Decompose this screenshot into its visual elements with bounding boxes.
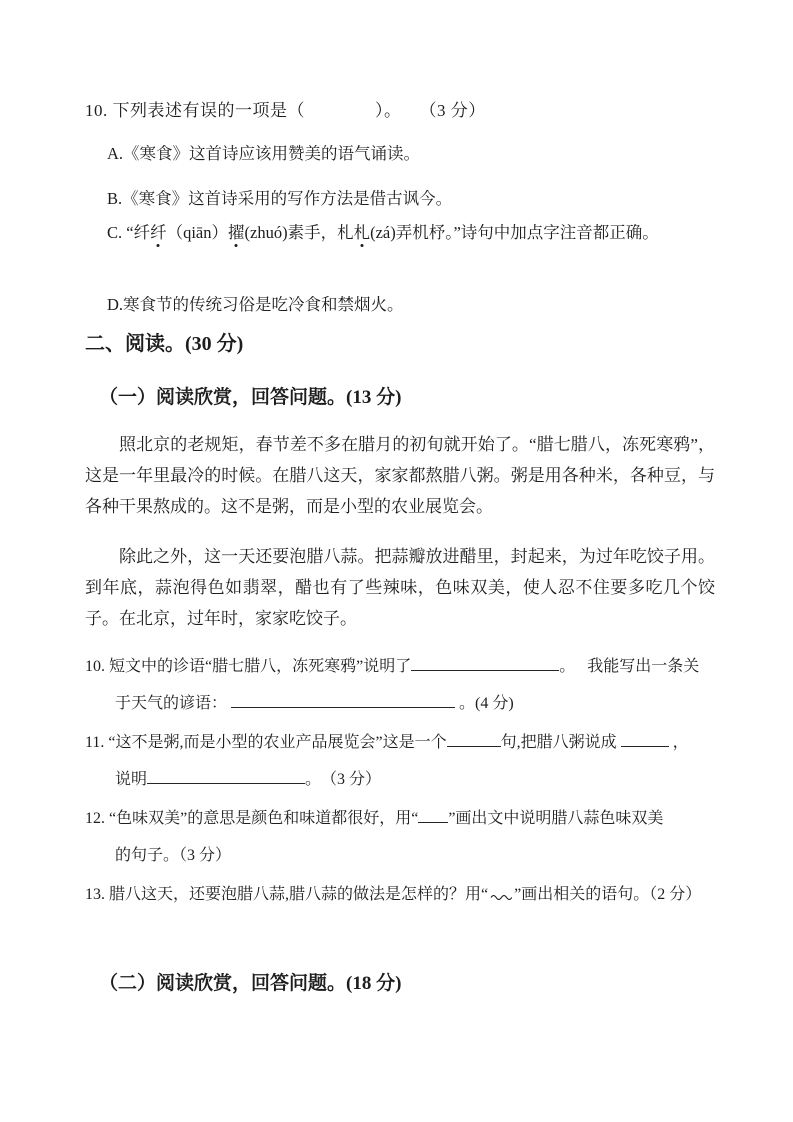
text-segment: (zhuó)素手，札 <box>245 223 354 242</box>
text-segment: (zá)弄机杼。”诗句中加点字注音都正确。 <box>370 223 659 242</box>
option-a: A.《寒食》这首诗应该用赞美的语气诵读。 <box>107 141 715 167</box>
answer-blank <box>418 807 448 823</box>
emphasis-dotted-char: 擢 <box>228 223 245 242</box>
reading-question-10: 10. 短文中的诊语“腊七腊八，冻死寒鸦”说明了。 我能写出一条关于天气的谚语：… <box>85 648 715 722</box>
option-b: B.《寒食》这首诗采用的写作方法是借古讽今。 <box>107 186 715 212</box>
answer-blank <box>147 768 305 784</box>
text-segment: 句,把腊八粥说成 <box>501 734 621 751</box>
text-segment: ， <box>669 734 689 751</box>
part-two-heading: （二）阅读欣赏，回答问题。(18 分) <box>85 970 715 997</box>
option-d: D.寒食节的传统习俗是吃冷食和禁烟火。 <box>107 292 715 318</box>
section-two-heading: 二、阅读。(30 分) <box>85 330 715 358</box>
part-one-heading: （一）阅读欣赏，回答问题。(13 分) <box>85 384 715 411</box>
reading-question-12: 12. “色味双美”的意思是颜色和味道都很好，用“”画出文中说明腊八蒜色味双美的… <box>85 800 715 874</box>
text-segment: （qiān） <box>167 223 228 242</box>
reading-question-13: 13. 腊八这天，还要泡腊八蒜,腊八蒜的做法是怎样的？用“”画出相关的语句。（2… <box>85 880 715 910</box>
question-10-choice-stem: 10. 下列表述有误的一项是（ ）。 （3 分） <box>85 98 715 124</box>
text-segment: 于天气的谚语： <box>115 695 231 712</box>
answer-blank <box>621 731 669 747</box>
text-segment: 的句子。（3 分） <box>115 847 231 864</box>
text-segment: 12. “色味双美”的意思是颜色和味道都很好，用“ <box>85 810 418 827</box>
emphasis-dotted-char: 纤 <box>150 223 167 242</box>
text-segment: ”画出文中说明腊八蒜色味双美 <box>448 810 663 827</box>
option-c: C. “纤纤（qiān）擢(zhuó)素手，札札(zá)弄机杼。”诗句中加点字注… <box>107 220 715 246</box>
emphasis-dotted-char: 札 <box>354 223 371 242</box>
text-segment: 10. 短文中的诊语“腊七腊八，冻死寒鸦”说明了 <box>85 658 411 675</box>
text-segment: 。 （3 分） <box>305 771 381 788</box>
text-segment: 13. 腊八这天，还要泡腊八蒜,腊八蒜的做法是怎样的？用“ <box>85 886 488 903</box>
answer-blank <box>447 731 501 747</box>
wavy-underline-mark <box>490 892 512 901</box>
exam-page: 10. 下列表述有误的一项是（ ）。 （3 分） A.《寒食》这首诗应该用赞美的… <box>0 0 793 1122</box>
passage-paragraph-1: 照北京的老规矩，春节差不多在腊月的初旬就开始了。“腊七腊八，冻死寒鸦”，这是一年… <box>85 429 715 522</box>
text-segment: 11. “这不是粥,而是小型的农业产品展览会”这是一个 <box>85 734 447 751</box>
choice-options: A.《寒食》这首诗应该用赞美的语气诵读。 B.《寒食》这首诗采用的写作方法是借古… <box>85 141 715 318</box>
text-segment: C. “纤 <box>107 223 150 242</box>
text-segment: ”画出相关的语句。（2 分） <box>514 886 701 903</box>
text-segment: 。 我能写出一条关 <box>559 658 699 675</box>
text-segment: 说明 <box>115 771 147 788</box>
text-segment: 。(4 分) <box>455 695 514 712</box>
passage-paragraph-2: 除此之外，这一天还要泡腊八蒜。把蒜瓣放进醋里，封起来，为过年吃饺子用。到年底，蒜… <box>85 541 715 634</box>
reading-question-11: 11. “这不是粥,而是小型的农业产品展览会”这是一个句,把腊八粥说成 ，说明。… <box>85 724 715 798</box>
answer-blank <box>231 692 455 708</box>
answer-blank <box>411 655 559 671</box>
